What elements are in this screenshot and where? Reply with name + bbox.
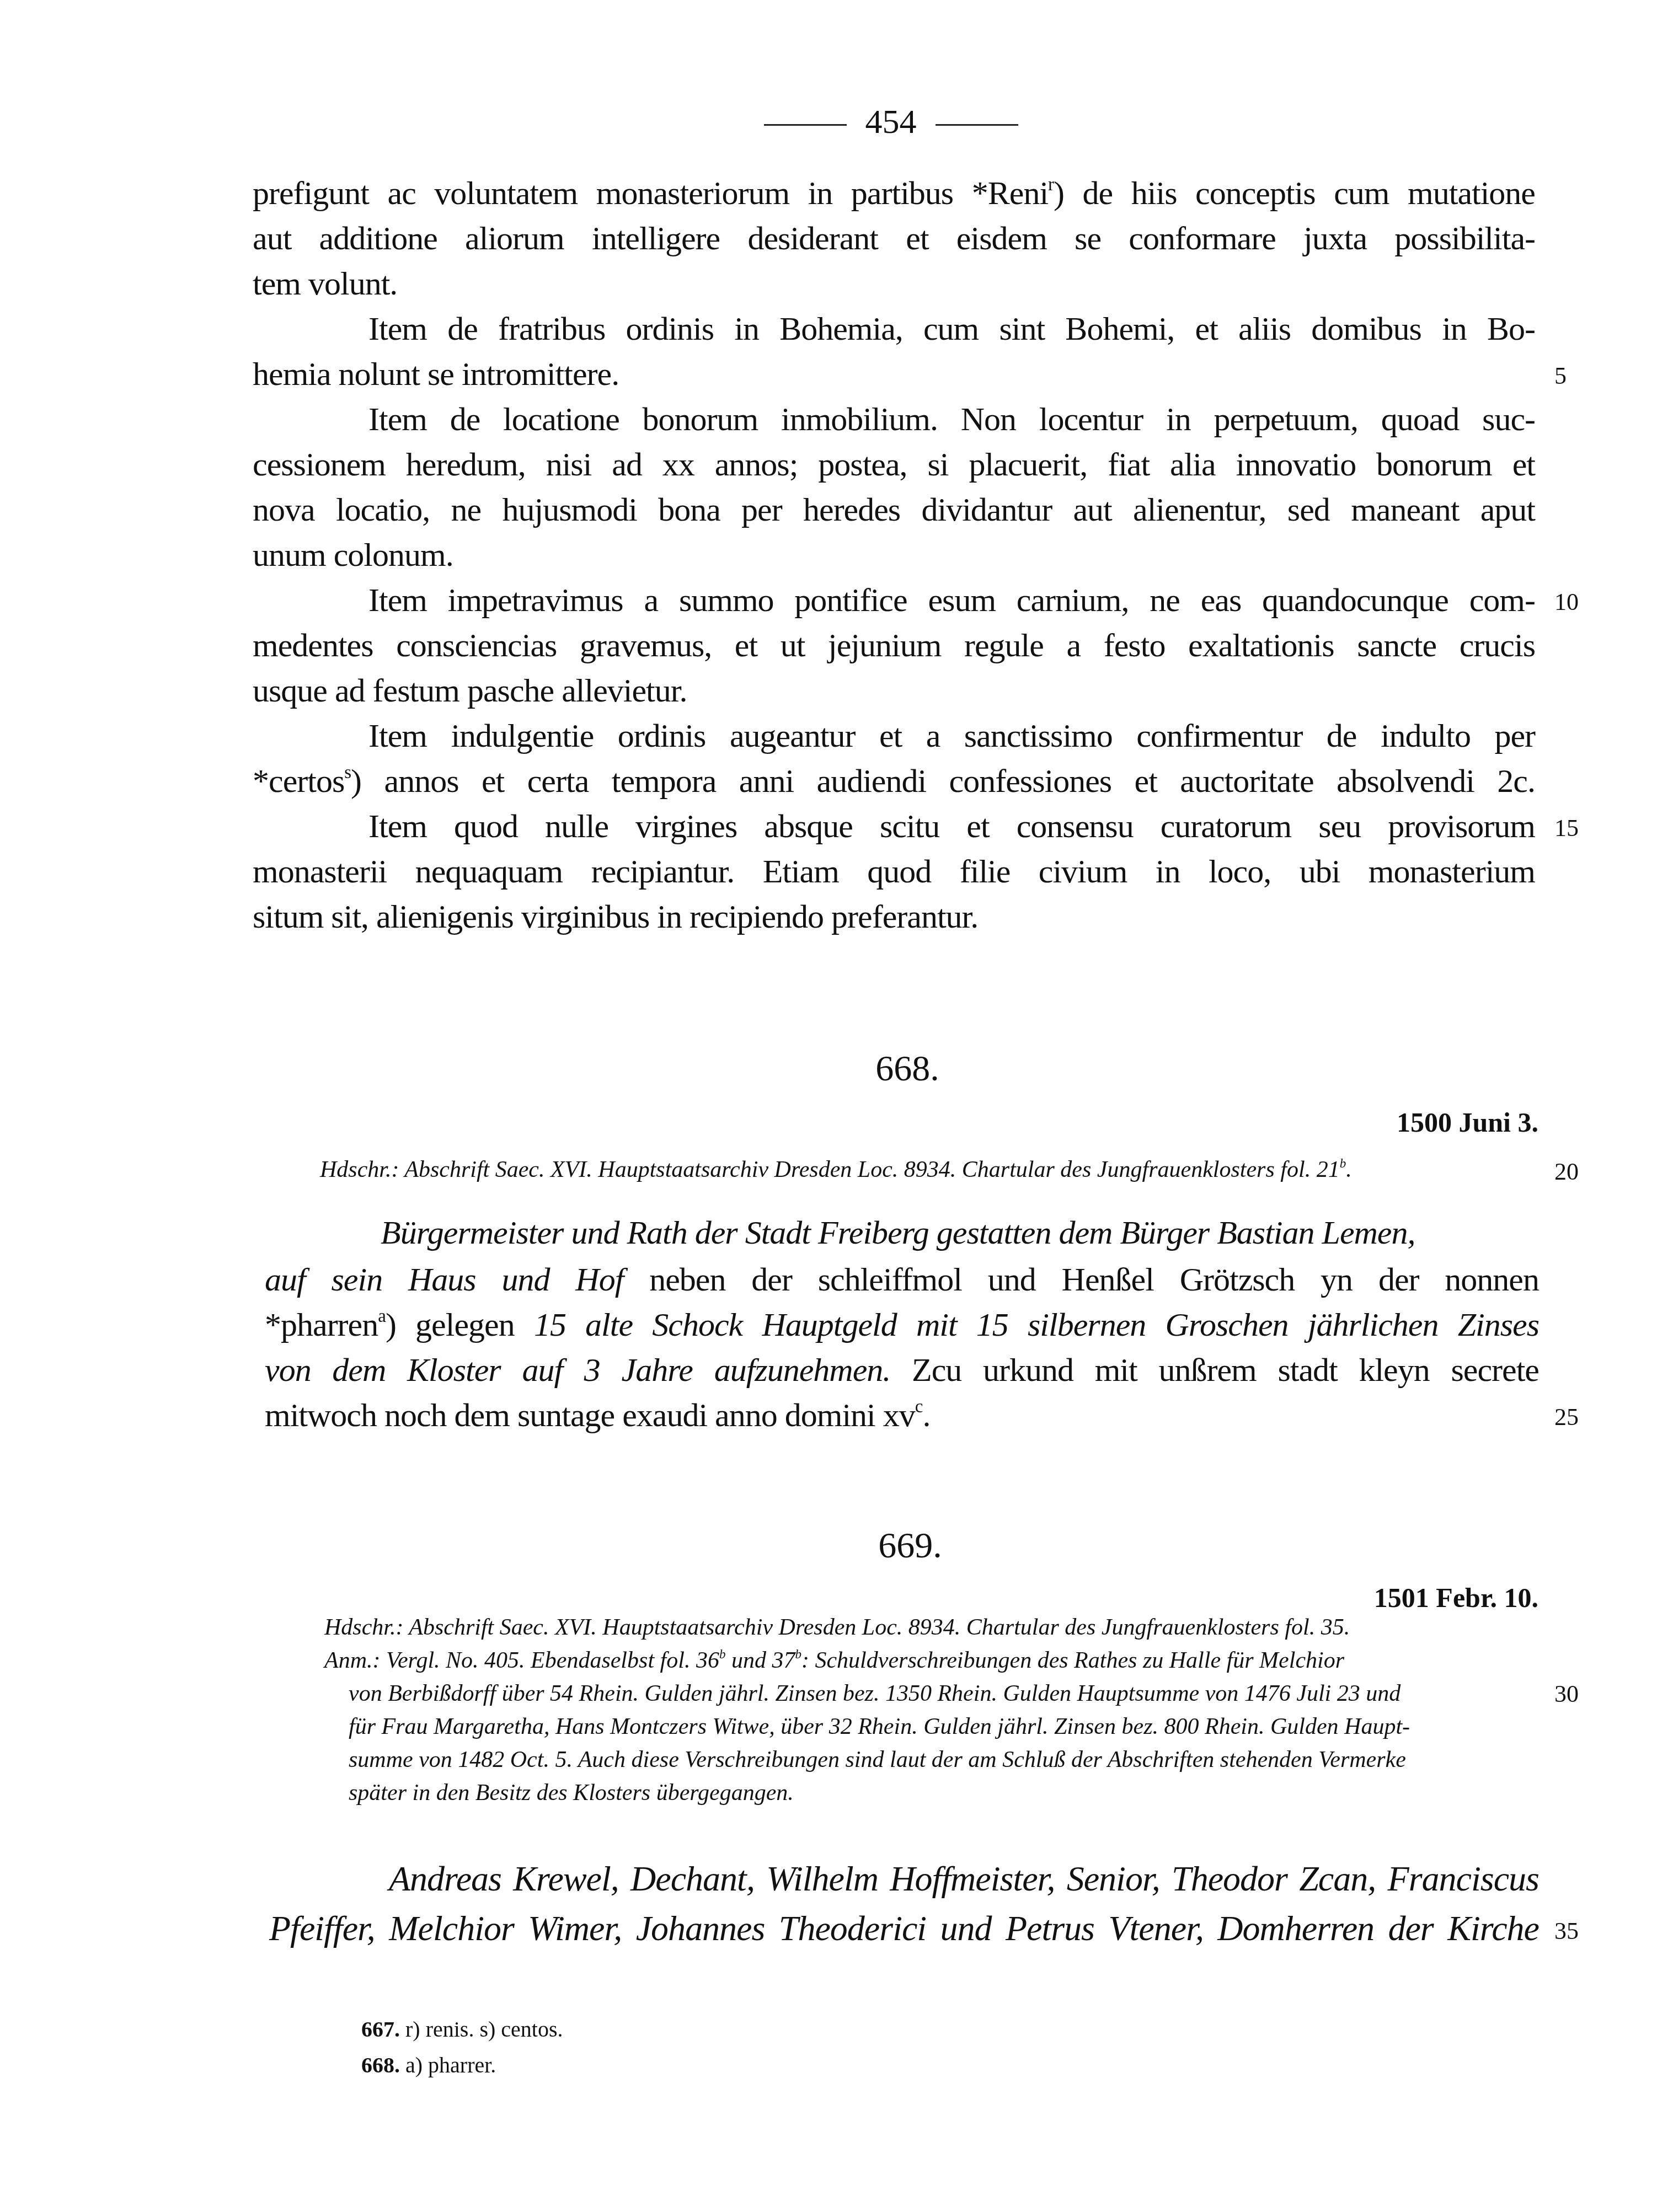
annotation-note: für Frau Margaretha, Hans Montczers Witw… bbox=[349, 1715, 1410, 1738]
footnote: 668. a) pharrer. bbox=[361, 2054, 496, 2076]
text-line: von dem Kloster auf 3 Jahre aufzunehmen.… bbox=[265, 1353, 1539, 1386]
text-line: tem volunt. bbox=[253, 267, 397, 300]
text-line: Item indulgentie ordinis augeantur et a … bbox=[368, 719, 1535, 752]
text-line: Item impetravimus a summo pontifice esum… bbox=[368, 583, 1535, 617]
annotation-note: von Berbißdorff über 54 Rhein. Gulden jä… bbox=[349, 1682, 1401, 1705]
footnote: 667. r) renis. s) centos. bbox=[361, 2018, 563, 2040]
text-line: usque ad festum pasche allevietur. bbox=[253, 674, 687, 707]
page-number: 454 bbox=[865, 103, 917, 141]
page-number-header: 454 bbox=[734, 105, 1048, 139]
source-note: Hdschr.: Abschrift Saec. XVI. Hauptstaat… bbox=[324, 1616, 1350, 1639]
line-number: 15 bbox=[1554, 816, 1579, 840]
text-line: cessionem heredum, nisi ad xx annos; pos… bbox=[253, 448, 1535, 481]
regest-line: Andreas Krewel, Dechant, Wilhelm Hoffmei… bbox=[389, 1861, 1539, 1897]
line-number: 20 bbox=[1554, 1160, 1579, 1184]
line-number: 5 bbox=[1554, 364, 1567, 388]
source-note: Hdschr.: Abschrift Saec. XVI. Hauptstaat… bbox=[320, 1158, 1352, 1181]
text-line: unum colonum. bbox=[253, 538, 453, 571]
line-number: 25 bbox=[1554, 1405, 1579, 1429]
line-number: 35 bbox=[1554, 1919, 1579, 1943]
text-line: Item quod nulle virgines absque scitu et… bbox=[368, 810, 1535, 843]
annotation-note: summe von 1482 Oct. 5. Auch diese Versch… bbox=[349, 1748, 1406, 1771]
text-line: aut additione aliorum intelligere deside… bbox=[253, 222, 1535, 255]
text-line: auf sein Haus und Hof neben der schleiff… bbox=[265, 1263, 1539, 1296]
document-number: 668. bbox=[825, 1051, 990, 1087]
text-line: mitwoch noch dem suntage exaudi anno dom… bbox=[265, 1399, 930, 1432]
text-line: nova locatio, ne hujusmodi bona per here… bbox=[253, 493, 1535, 526]
text-line: situm sit, alienigenis virginibus in rec… bbox=[253, 900, 978, 933]
text-line: monasterii nequaquam recipiantur. Etiam … bbox=[253, 855, 1535, 888]
document-number: 669. bbox=[827, 1528, 993, 1564]
line-number: 10 bbox=[1554, 590, 1579, 614]
annotation-note: später in den Besitz des Klosters überge… bbox=[349, 1781, 794, 1804]
line-number: 30 bbox=[1554, 1682, 1579, 1706]
decorative-dash-right bbox=[936, 124, 1018, 126]
text-line: medentes consciencias gravemus, et ut je… bbox=[253, 629, 1535, 662]
annotation-note: Anm.: Vergl. No. 405. Ebendaselbst fol. … bbox=[324, 1649, 1344, 1672]
text-line: hemia nolunt se intromittere. bbox=[253, 357, 619, 390]
text-line: Item de fratribus ordinis in Bohemia, cu… bbox=[368, 312, 1535, 345]
text-line: *certoss) annos et certa tempora anni au… bbox=[253, 764, 1535, 797]
text-line: *pharrena) gelegen 15 alte Schock Hauptg… bbox=[265, 1308, 1539, 1341]
text-line: Item de locatione bonorum inmobilium. No… bbox=[368, 403, 1535, 436]
regest-line: Bürgermeister und Rath der Stadt Freiber… bbox=[381, 1216, 1415, 1249]
document-date: 1501 Febr. 10. bbox=[1374, 1584, 1538, 1611]
text-line: prefigunt ac voluntatem monasteriorum in… bbox=[253, 176, 1535, 210]
decorative-dash-left bbox=[764, 124, 847, 126]
document-date: 1500 Juni 3. bbox=[1397, 1108, 1538, 1136]
regest-line: Pfeiffer, Melchior Wimer, Johannes Theod… bbox=[269, 1911, 1539, 1946]
